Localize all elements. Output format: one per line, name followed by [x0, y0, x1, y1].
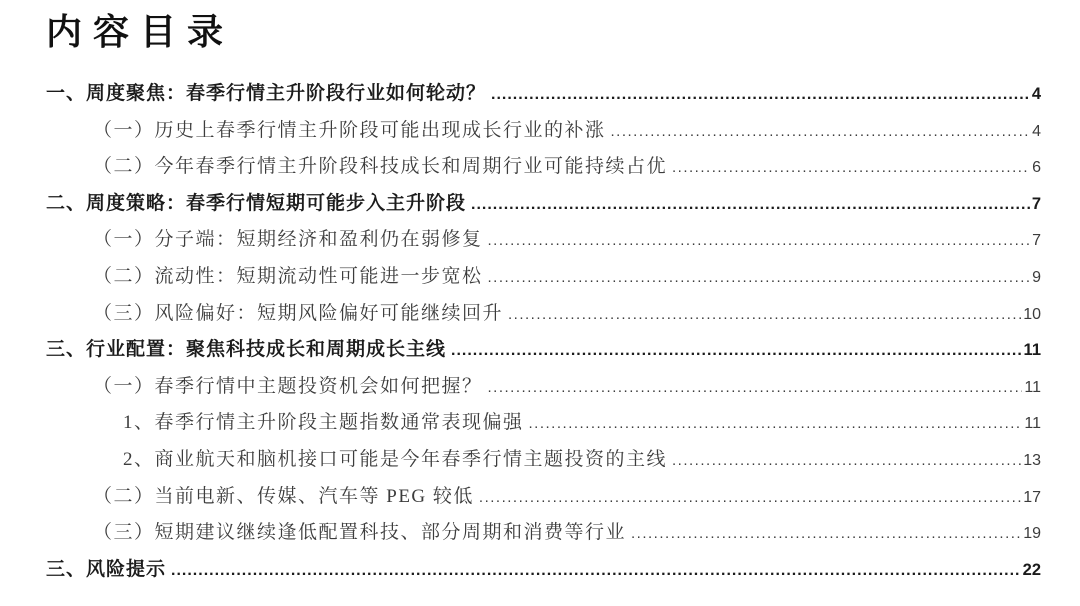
toc-entry-page: 11	[1024, 332, 1041, 369]
toc-entry-label: （一）历史上春季行情主升阶段可能出现成长行业的补涨	[93, 113, 606, 150]
toc-entry[interactable]: （二）流动性：短期流动性可能进一步宽松 ....................…	[0, 259, 1041, 296]
toc-entry-label: （二）流动性：短期流动性可能进一步宽松	[93, 259, 483, 296]
toc-entry[interactable]: （二）当前电新、传媒、汽车等 PEG 较低 ..................…	[0, 479, 1041, 516]
toc-entry-page: 19	[1023, 516, 1041, 553]
toc-entry-label: 一、周度聚焦：春季行情主升阶段行业如何轮动？	[46, 76, 486, 113]
toc-entry-page: 4	[1032, 76, 1041, 113]
toc-entry[interactable]: 三、风险提示 .................................…	[0, 552, 1041, 589]
toc-entry-page: 9	[1032, 260, 1041, 297]
toc-entry-page: 22	[1023, 552, 1041, 589]
toc-entry-page: 4	[1032, 114, 1041, 151]
toc-entry-label: （三）短期建议继续逢低配置科技、部分周期和消费等行业	[93, 515, 626, 552]
dot-leader: ........................................…	[471, 187, 1030, 224]
toc-entry[interactable]: （三）短期建议继续逢低配置科技、部分周期和消费等行业 .............…	[0, 515, 1041, 552]
toc-page: 内容目录 一、周度聚焦：春季行情主升阶段行业如何轮动？ ............…	[0, 0, 1080, 606]
dot-leader: ........................................…	[488, 370, 1023, 407]
toc-entry-page: 11	[1024, 370, 1041, 407]
toc-entry-label: （二）今年春季行情主升阶段科技成长和周期行业可能持续占优	[93, 149, 667, 186]
toc-entry-page: 10	[1023, 297, 1041, 334]
dot-leader: ........................................…	[451, 333, 1022, 370]
toc-entry-label: 1、春季行情主升阶段主题指数通常表现偏强	[123, 405, 524, 442]
toc-entry-page: 7	[1032, 186, 1041, 223]
toc-entry-page: 6	[1032, 150, 1041, 187]
toc-entry-label: （二）当前电新、传媒、汽车等 PEG 较低	[93, 479, 474, 516]
dot-leader: ........................................…	[479, 480, 1021, 517]
dot-leader: ........................................…	[529, 406, 1023, 443]
toc-entry[interactable]: （三）风险偏好：短期风险偏好可能继续回升 ...................…	[0, 296, 1041, 333]
toc-entry[interactable]: 2、商业航天和脑机接口可能是今年春季行情主题投资的主线 ............…	[0, 442, 1041, 479]
toc-entry-label: 三、风险提示	[46, 552, 166, 589]
dot-leader: ........................................…	[171, 553, 1021, 590]
toc-entry-label: 2、商业航天和脑机接口可能是今年春季行情主题投资的主线	[123, 442, 667, 479]
dot-leader: ........................................…	[488, 223, 1031, 260]
dot-leader: ........................................…	[611, 114, 1031, 151]
dot-leader: ........................................…	[672, 150, 1030, 187]
dot-leader: ........................................…	[491, 77, 1030, 114]
toc-entry[interactable]: （二）今年春季行情主升阶段科技成长和周期行业可能持续占优 ...........…	[0, 149, 1041, 186]
toc-entry-label: 三、行业配置：聚焦科技成长和周期成长主线	[46, 332, 446, 369]
toc-entry-page: 11	[1024, 406, 1041, 443]
dot-leader: ........................................…	[508, 297, 1021, 334]
toc-entry-page: 17	[1023, 480, 1041, 517]
toc-entry[interactable]: （一）分子端：短期经济和盈利仍在弱修复 ....................…	[0, 222, 1041, 259]
toc-entry[interactable]: 二、周度策略：春季行情短期可能步入主升阶段 ..................…	[0, 186, 1041, 223]
toc-entry-label: （一）春季行情中主题投资机会如何把握？	[93, 369, 483, 406]
dot-leader: ........................................…	[631, 516, 1021, 553]
toc-entry[interactable]: 三、行业配置：聚焦科技成长和周期成长主线 ...................…	[0, 332, 1041, 369]
toc-list: 一、周度聚焦：春季行情主升阶段行业如何轮动？ .................…	[0, 56, 1080, 588]
toc-entry[interactable]: （一）春季行情中主题投资机会如何把握？ ....................…	[0, 369, 1041, 406]
dot-leader: ........................................…	[488, 260, 1031, 297]
dot-leader: ........................................…	[672, 443, 1021, 480]
toc-entry-page: 7	[1032, 223, 1041, 260]
toc-entry-label: （三）风险偏好：短期风险偏好可能继续回升	[93, 296, 503, 333]
toc-entry-page: 13	[1023, 443, 1041, 480]
toc-entry[interactable]: 1、春季行情主升阶段主题指数通常表现偏强 ...................…	[0, 405, 1041, 442]
toc-entry[interactable]: 一、周度聚焦：春季行情主升阶段行业如何轮动？ .................…	[0, 76, 1041, 113]
page-title: 内容目录	[46, 8, 1080, 56]
toc-entry-label: （一）分子端：短期经济和盈利仍在弱修复	[93, 222, 483, 259]
toc-entry[interactable]: （一）历史上春季行情主升阶段可能出现成长行业的补涨 ..............…	[0, 113, 1041, 150]
toc-entry-label: 二、周度策略：春季行情短期可能步入主升阶段	[46, 186, 466, 223]
